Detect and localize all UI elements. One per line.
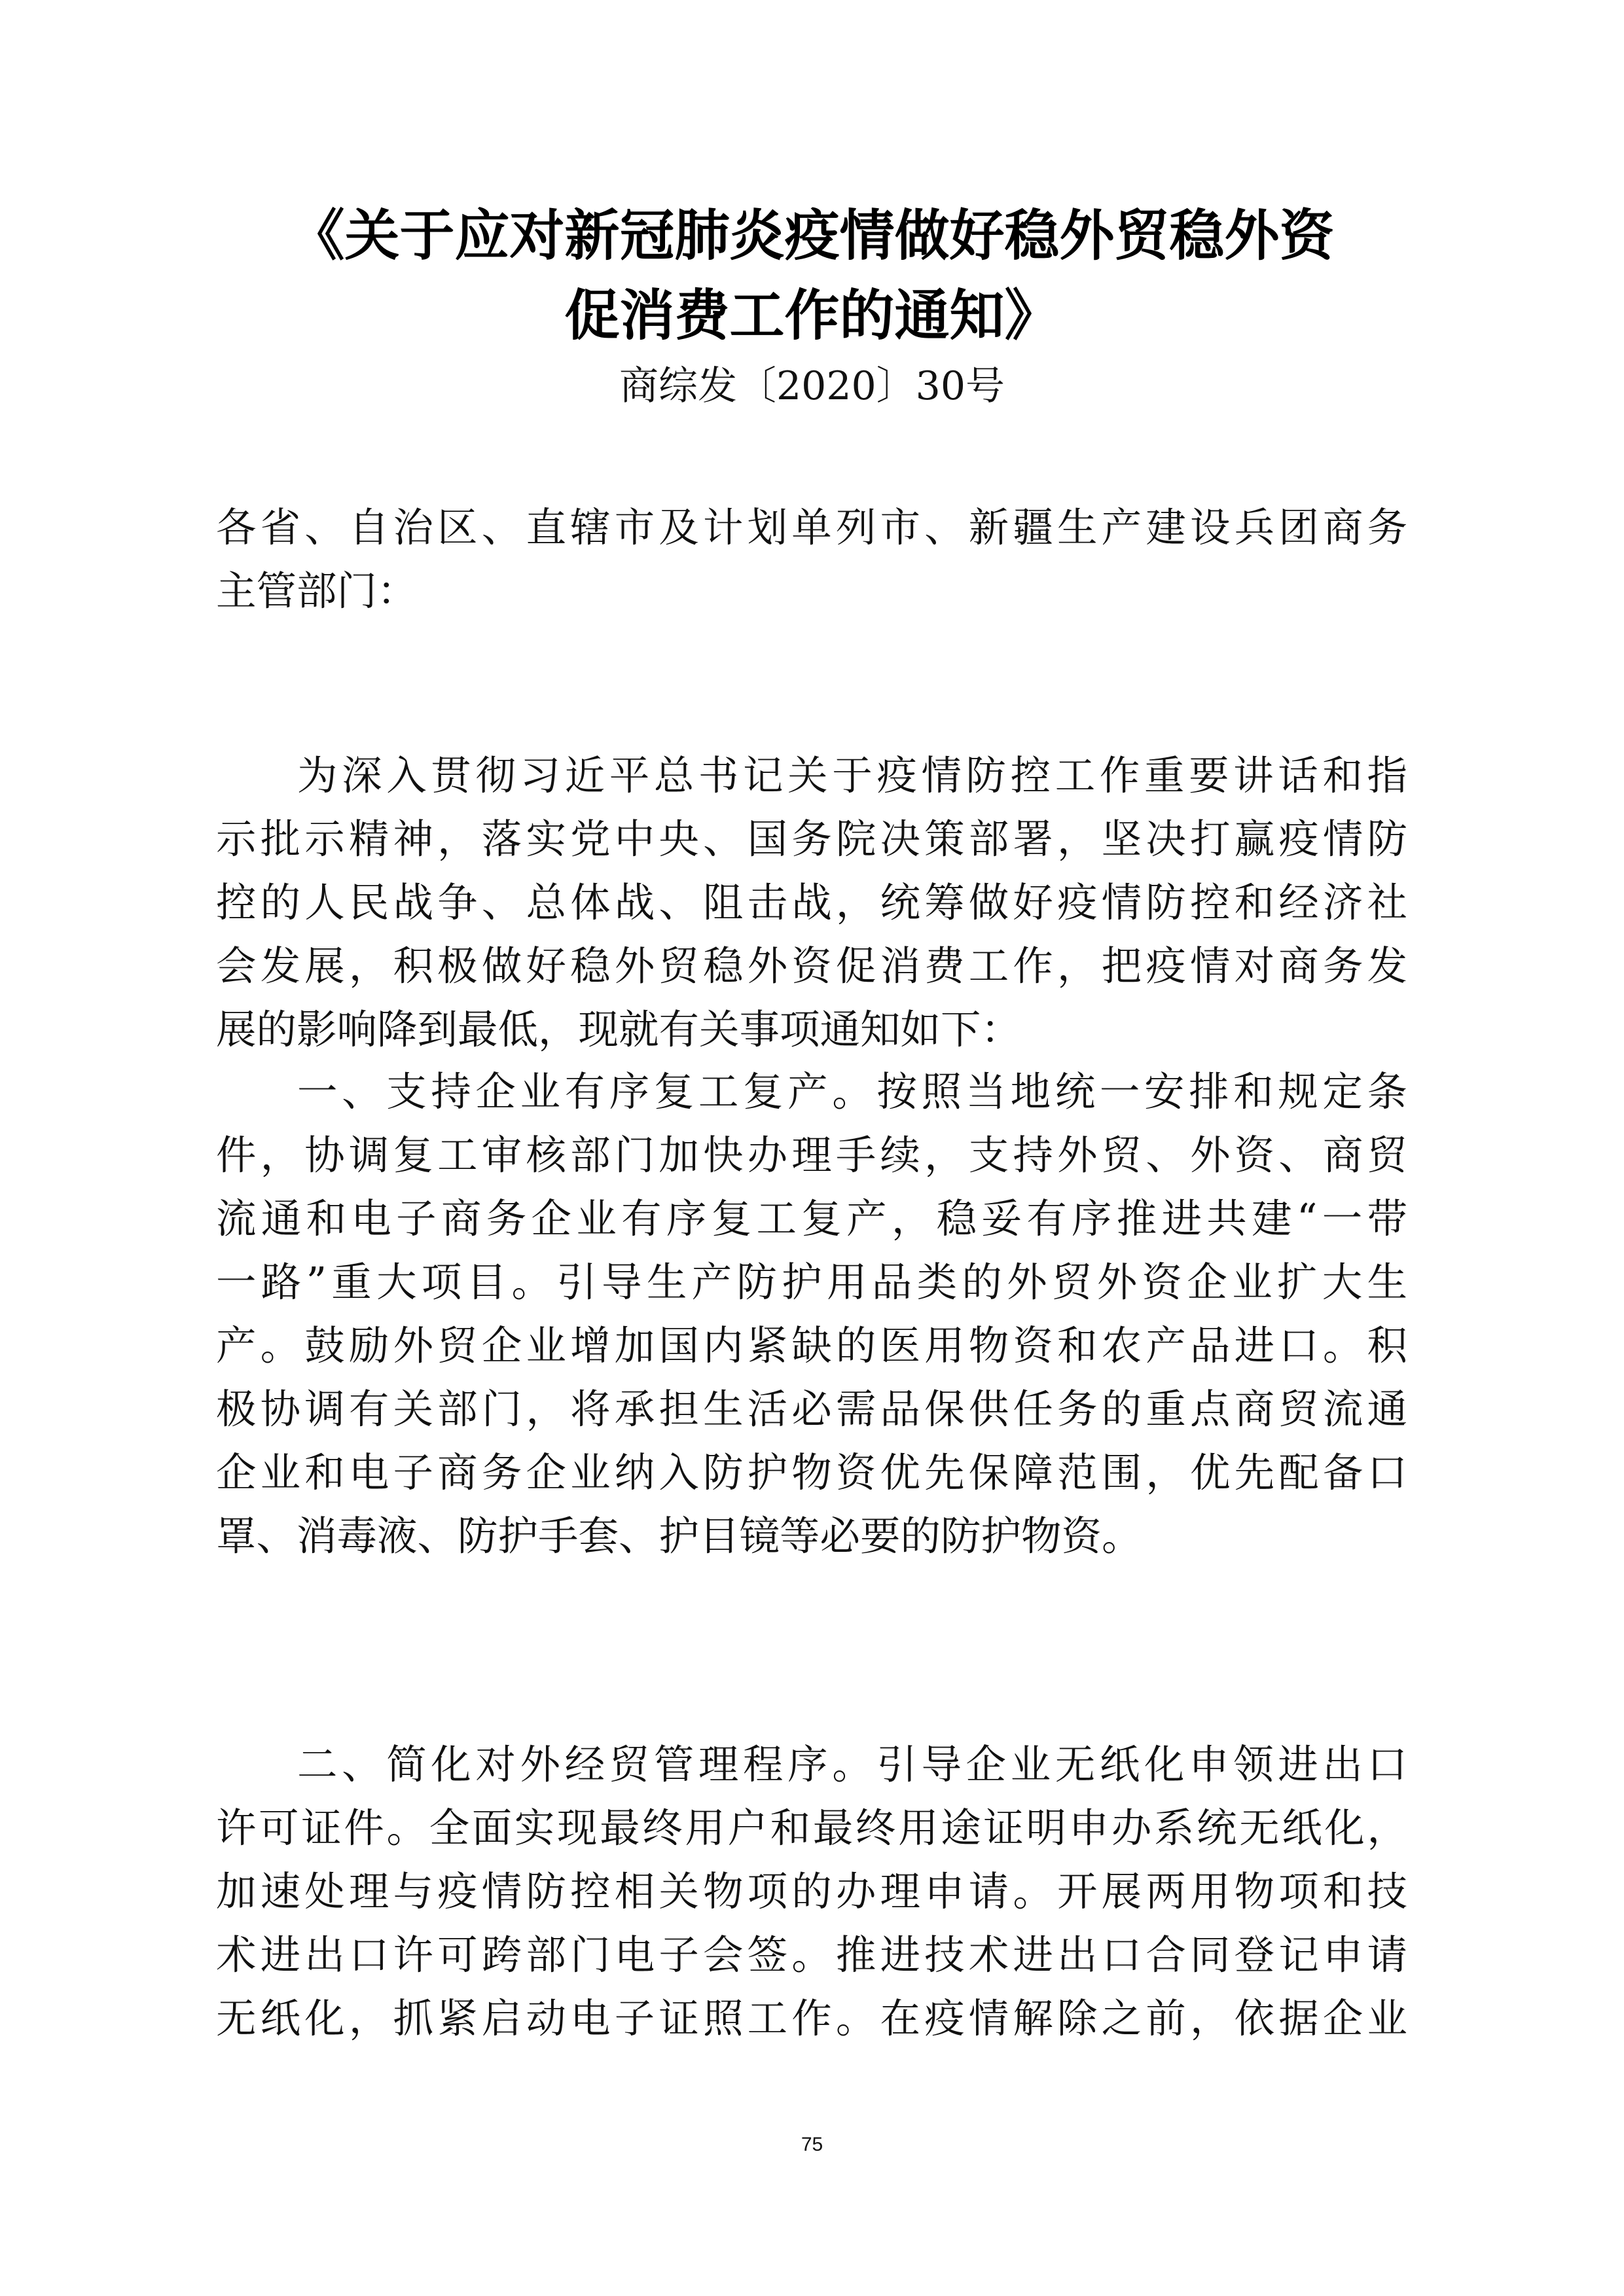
document-title-line-2: 促消费工作的通知》 (0, 288, 1624, 343)
paragraph-line: 一、支持企业有序复工复产。按照当地统一安排和规定条 (216, 1060, 1407, 1124)
paragraph-line: 企业和电子商务企业纳入防护物资优先保障范围，优先配备口 (216, 1441, 1407, 1505)
page-number: 75 (0, 2135, 1624, 2155)
paragraph-line: 极协调有关部门，将承担生活必需品保供任务的重点商贸流通 (216, 1378, 1407, 1441)
paragraph-line: 示批示精神，落实党中央、国务院决策部署，坚决打赢疫情防 (216, 808, 1407, 871)
paragraph-line: 无纸化，抓紧启动电子证照工作。在疫情解除之前，依据企业 (216, 1987, 1407, 2051)
paragraph-line: 加速处理与疫情防控相关物项的办理申请。开展两用物项和技 (216, 1860, 1407, 1924)
paragraph-line: 件，协调复工审核部门加快办理手续，支持外贸、外资、商贸 (216, 1124, 1407, 1187)
paragraph-line: 控的人民战争、总体战、阻击战，统筹做好疫情防控和经济社 (216, 871, 1407, 935)
paragraph-line: 流通和电子商务企业有序复工复产，稳妥有序推进共建“一带 (216, 1187, 1407, 1251)
paragraph-line: 产。鼓励外贸企业增加国内紧缺的医用物资和农产品进口。积 (216, 1314, 1407, 1378)
paragraph-line: 许可证件。全面实现最终用户和最终用途证明申办系统无纸化， (216, 1797, 1407, 1860)
paragraph-line: 一路”重大项目。引导生产防护用品类的外贸外资企业扩大生 (216, 1251, 1407, 1314)
paragraph-line: 二、简化对外经贸管理程序。引导企业无纸化申领进出口 (216, 1733, 1407, 1797)
paragraph-section-2: 二、简化对外经贸管理程序。引导企业无纸化申领进出口 许可证件。全面实现最终用户和… (216, 1733, 1407, 2051)
document-title-line-1: 《关于应对新冠肺炎疫情做好稳外贸稳外资 (0, 208, 1624, 263)
paragraph-section-1: 一、支持企业有序复工复产。按照当地统一安排和规定条 件，协调复工审核部门加快办理… (216, 1060, 1407, 1568)
paragraph-line: 罩、消毒液、防护手套、护目镜等必要的防护物资。 (216, 1505, 1407, 1568)
paragraph-line: 展的影响降到最低，现就有关事项通知如下： (216, 998, 1407, 1062)
document-page: 《关于应对新冠肺炎疫情做好稳外贸稳外资 促消费工作的通知》 商综发〔2020〕3… (0, 0, 1624, 2296)
paragraph-line: 为深入贯彻习近平总书记关于疫情防控工作重要讲话和指 (216, 744, 1407, 808)
addressee-line: 各省、自治区、直辖市及计划单列市、新疆生产建设兵团商务 (216, 496, 1407, 560)
addressee: 各省、自治区、直辖市及计划单列市、新疆生产建设兵团商务 主管部门： (216, 496, 1407, 623)
paragraph-line: 术进出口许可跨部门电子会签。推进技术进出口合同登记申请 (216, 1924, 1407, 1987)
paragraph-intro: 为深入贯彻习近平总书记关于疫情防控工作重要讲话和指 示批示精神，落实党中央、国务… (216, 744, 1407, 1062)
addressee-line: 主管部门： (216, 560, 1407, 623)
paragraph-line: 会发展，积极做好稳外贸稳外资促消费工作，把疫情对商务发 (216, 935, 1407, 998)
document-number: 商综发〔2020〕30号 (0, 367, 1624, 406)
